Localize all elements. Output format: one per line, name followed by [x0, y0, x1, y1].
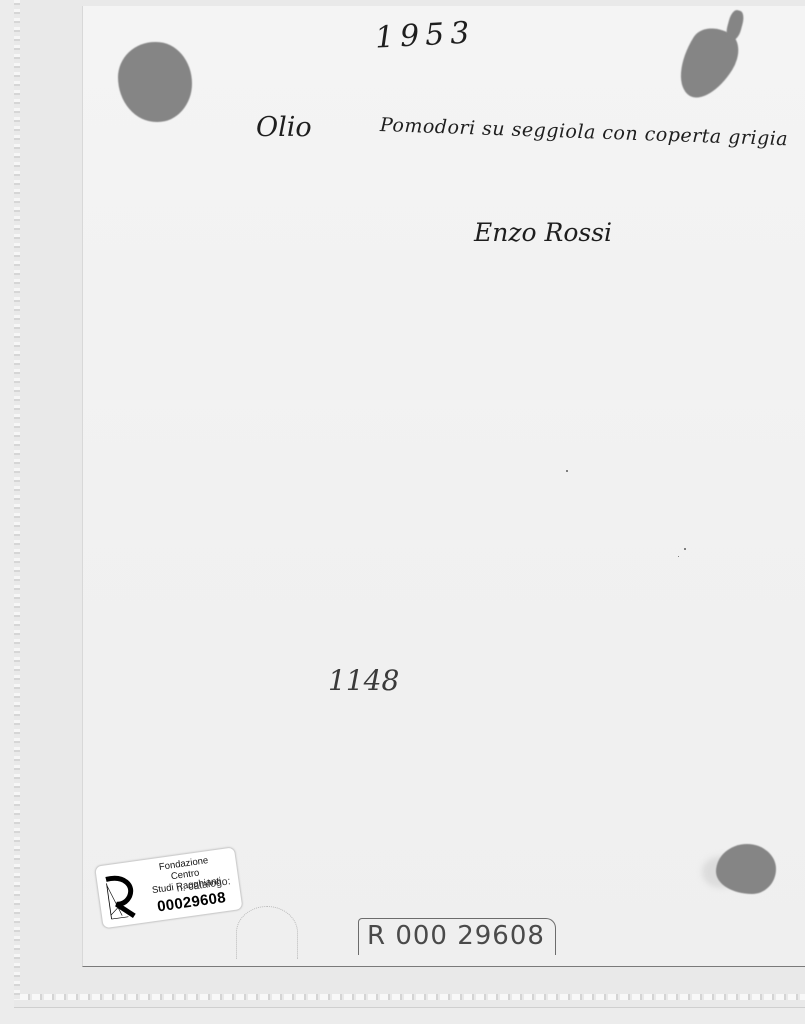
- photo-back-sheet: [82, 6, 805, 967]
- sleeve-perforation-bottom: [20, 994, 805, 1000]
- handwritten-year: 1953: [374, 15, 476, 55]
- dust-speck: [684, 548, 686, 550]
- handwritten-medium: Olio: [256, 112, 312, 143]
- handwritten-inventory-number: R 000 29608: [358, 918, 556, 955]
- handwritten-number: 1148: [328, 664, 399, 697]
- dust-speck: [566, 470, 568, 472]
- adhesive-stain-bottom-right: [716, 844, 776, 894]
- dust-speck: [678, 556, 679, 557]
- handwritten-artist: Enzo Rossi: [474, 218, 612, 247]
- paper-scratch: [236, 906, 298, 959]
- sleeve-perforation-left: [14, 0, 20, 1000]
- ragghianti-r-logo-icon: [102, 872, 138, 922]
